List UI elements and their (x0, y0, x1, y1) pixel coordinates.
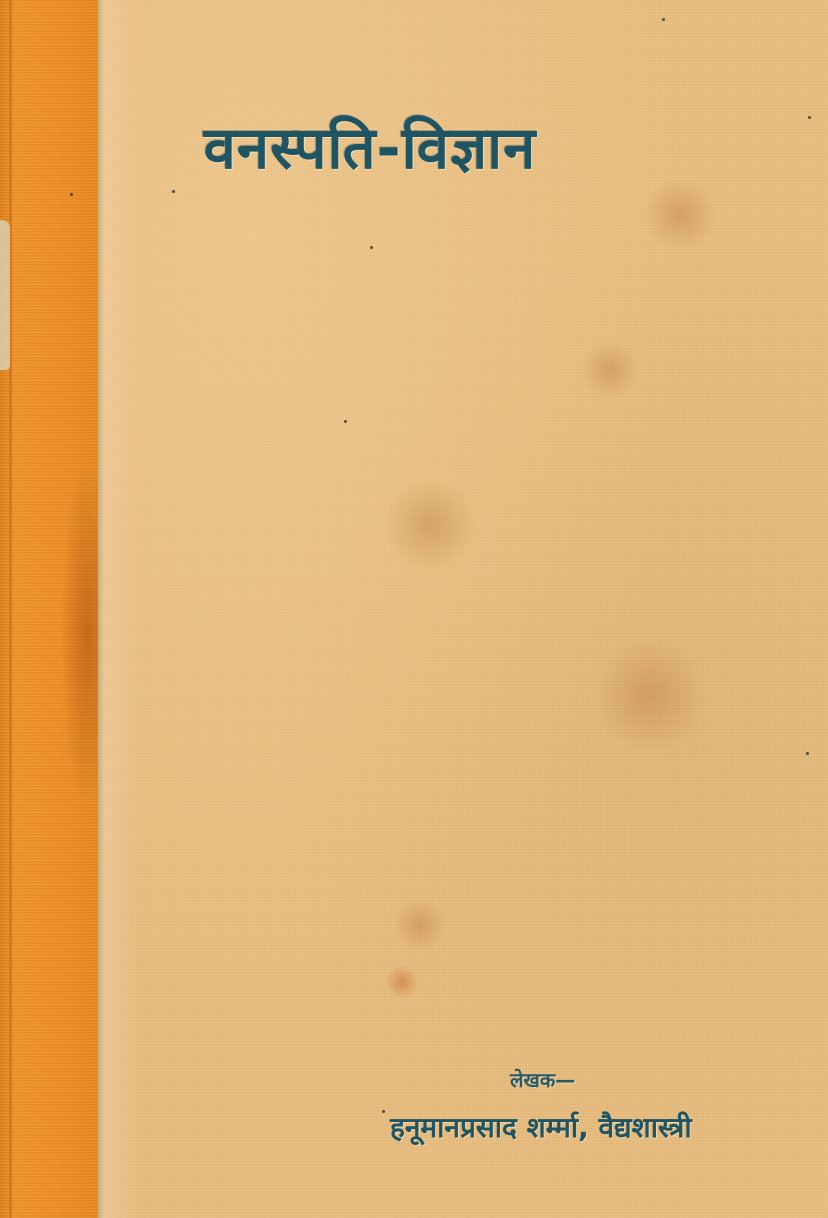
board-edge-shadow (98, 0, 104, 1218)
speck (344, 420, 347, 423)
stain-spot (380, 480, 480, 570)
stain-spot (580, 340, 640, 400)
speck (370, 246, 373, 249)
speck (806, 752, 809, 755)
author-label: लेखक— (510, 1066, 620, 1098)
speck (172, 190, 175, 193)
author-name: हनूमानप्रसाद शर्म्मा, वैद्यशास्त्री (390, 1108, 750, 1152)
stain-spot (590, 640, 710, 750)
spine-torn-edge (0, 220, 10, 370)
spine-water-stain (62, 470, 98, 800)
speck (382, 1110, 385, 1113)
stain-spot (385, 965, 419, 999)
stain-spot (390, 900, 450, 950)
speck (662, 18, 665, 21)
speck (808, 116, 811, 119)
book-title: वनस्पति-विज्ञान (160, 100, 580, 190)
stain-spot (640, 180, 720, 250)
spine-fold-line (9, 0, 12, 1218)
speck (70, 193, 73, 196)
book-cover: वनस्पति-विज्ञान लेखक— हनूमानप्रसाद शर्म्… (0, 0, 828, 1218)
orange-cloth-spine (0, 0, 98, 1218)
